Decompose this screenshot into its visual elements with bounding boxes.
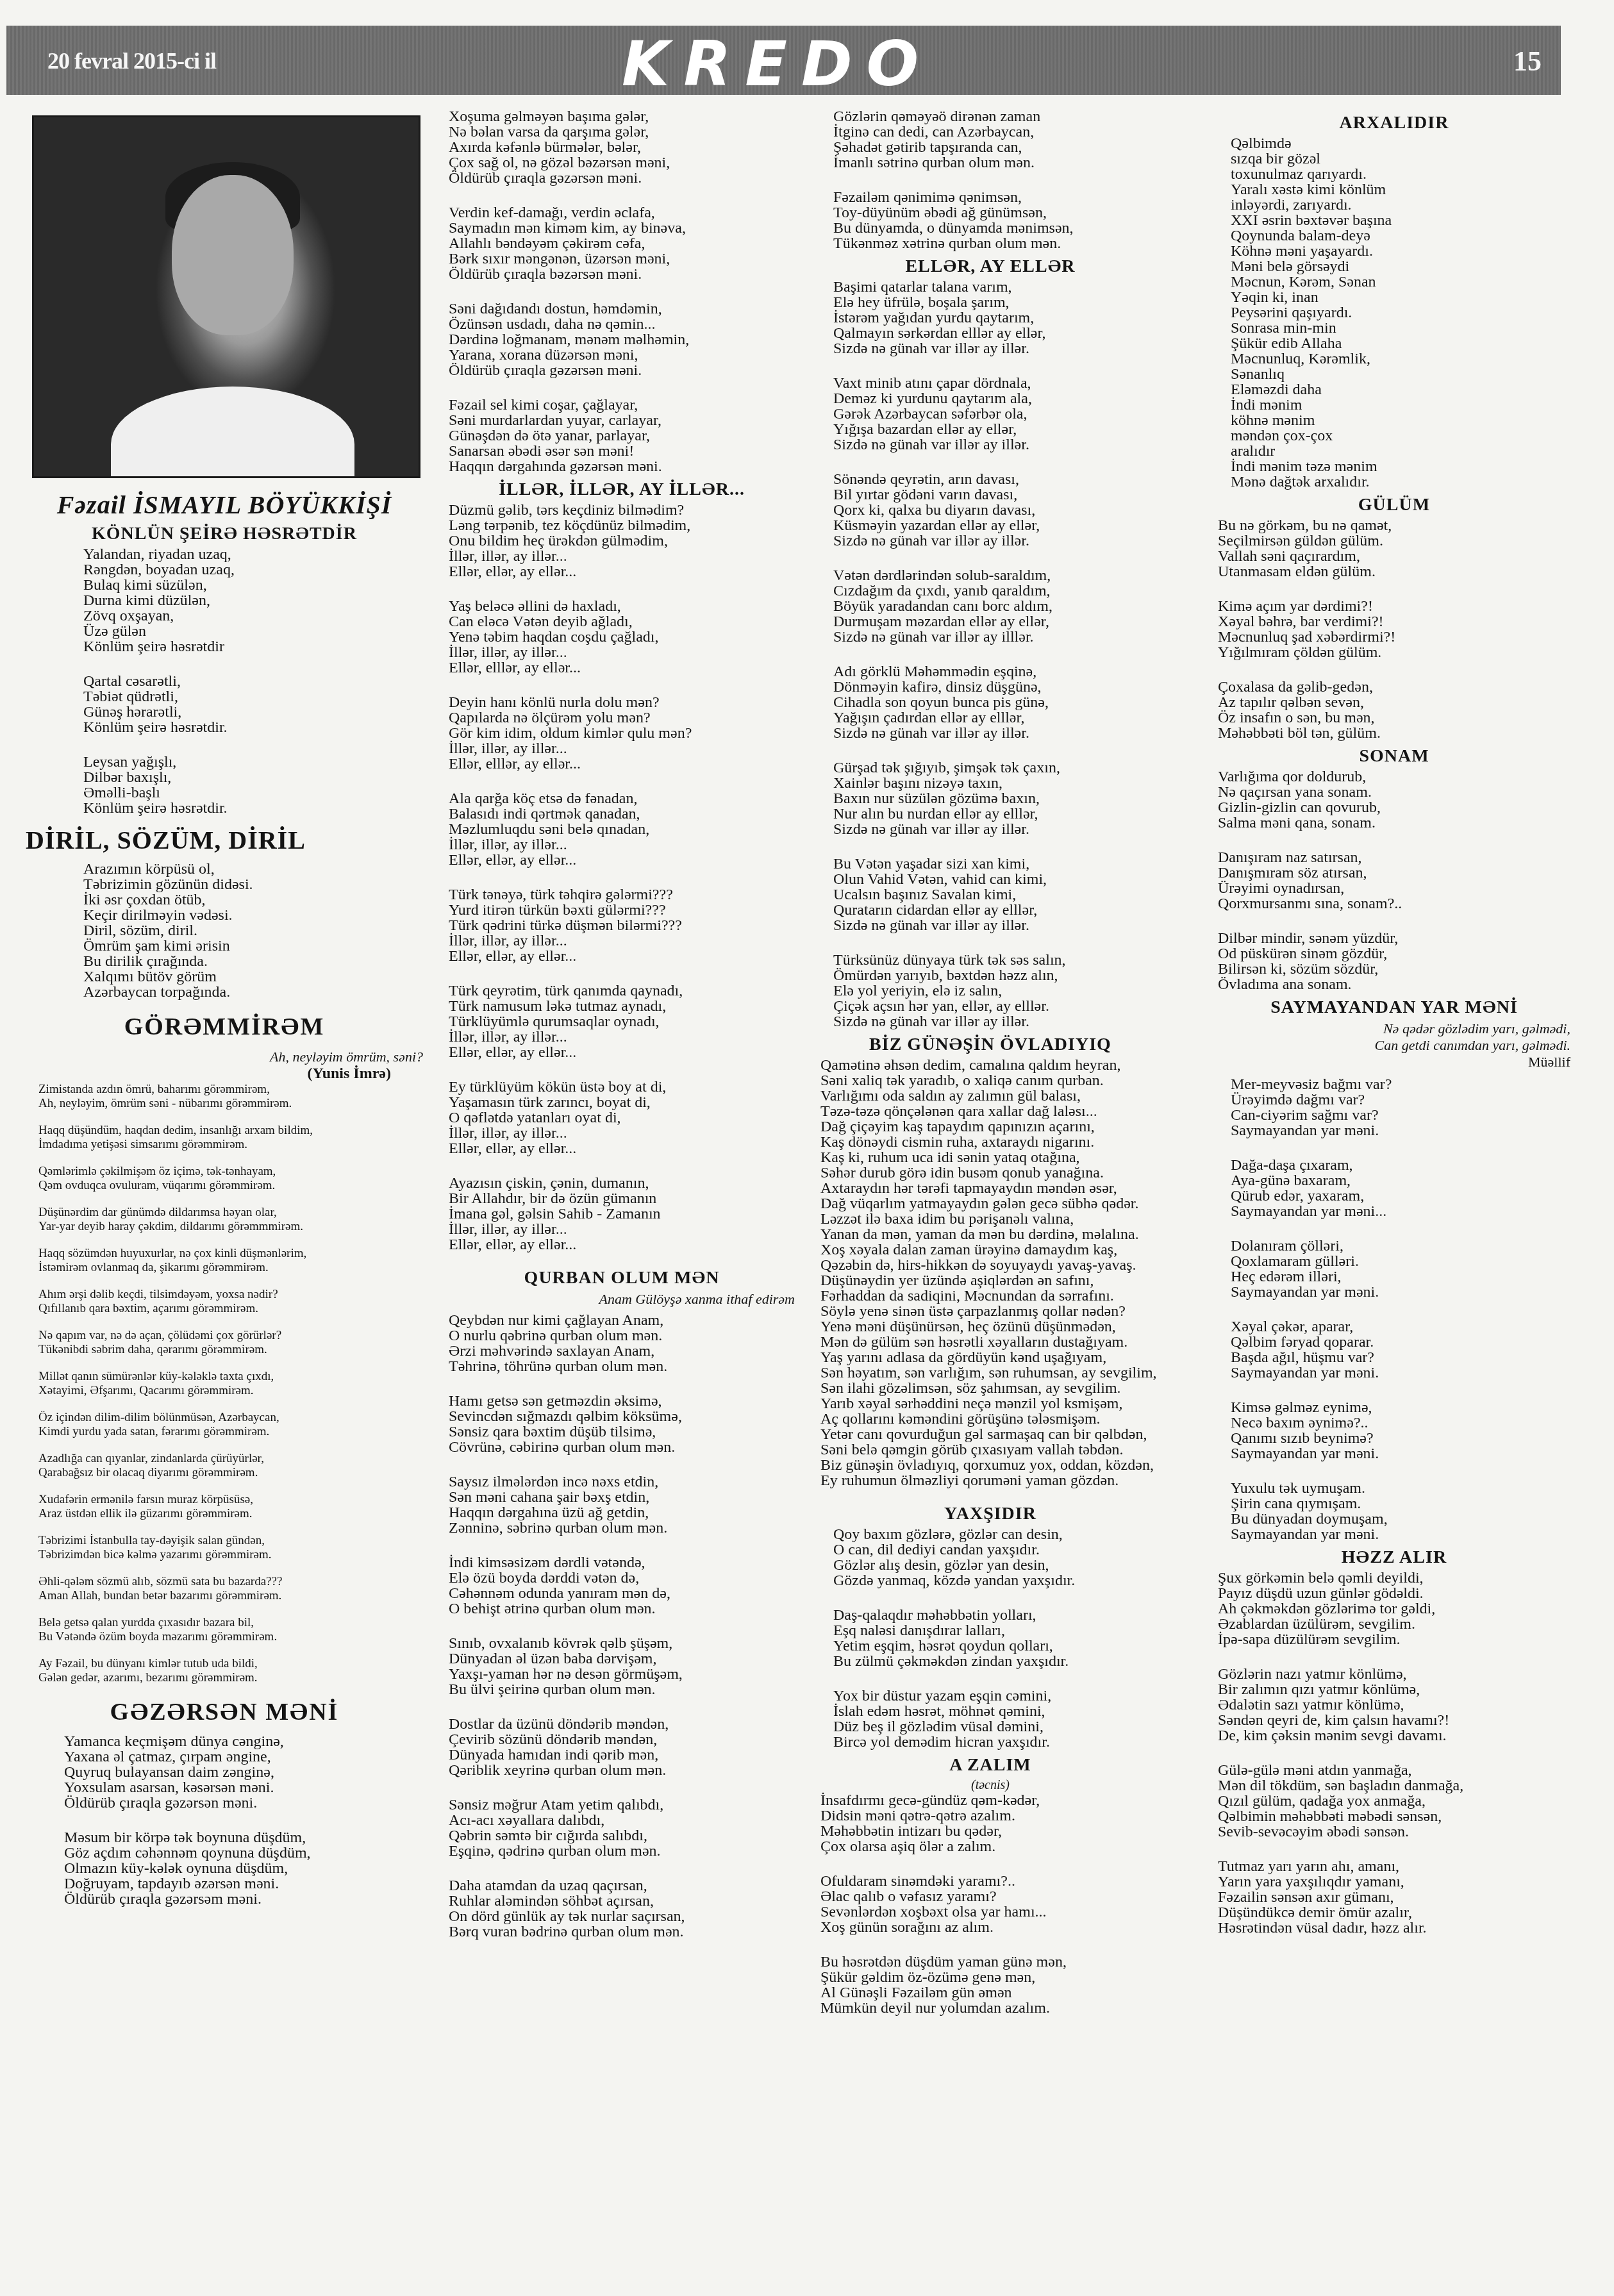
verse-line: Gözlər alış desin, gözlər yan desin, — [833, 1558, 1186, 1573]
verse-line: Sənanlıq — [1231, 367, 1596, 382]
verse-line: Yaxşı-yaman hər nə desən görmüşəm, — [449, 1667, 795, 1682]
verse-line: Xudafərin ermənilə farsın muraz körpüsüs… — [38, 1493, 423, 1507]
verse-line: Fəzail sel kimi coşar, çağlayar, — [449, 397, 795, 413]
poem-title: A ZALIM — [795, 1755, 1186, 1776]
verse-line: Ellər, ellər, ay ellər... — [449, 1045, 795, 1060]
column-4: ARXALIDIR Qəlbimdəsızqa bir gözəltoxunul… — [1192, 109, 1596, 1941]
verse-line: Həsrətindən vüsal dadır, həzz alır. — [1218, 1920, 1596, 1936]
stanza: Məsum bir körpə tək boynuna düşdüm,Göz a… — [64, 1830, 423, 1907]
stanza: Mer-meyvəsiz bağmı var?Ürəyimdə dağmı va… — [1231, 1077, 1596, 1138]
stanza: Bu Vətən yaşadar sizi xan kimi,Olun Vahi… — [833, 856, 1186, 933]
verse-line: Cızdağım da çıxdı, yanıb qaraldım, — [833, 583, 1186, 599]
verse-line: İllər, illər, ay illər... — [449, 645, 795, 660]
verse-line: Aç qollarını kəməndini görüşünə tələsmiş… — [820, 1411, 1186, 1427]
author-photo — [32, 115, 420, 478]
verse-line: Axtaraydın hər tərəfi tapmayaydın məndən… — [820, 1181, 1186, 1196]
verse-line: Qəriblik xeyrinə qurban olum mən. — [449, 1763, 795, 1778]
verse-line: Bir Allahdır, bir də özün gümanın — [449, 1191, 795, 1206]
author-name: Fəzail İSMAYIL BÖYÜKKİŞİ — [26, 490, 423, 520]
verse-line: Bu dünyamda, o dünyamda mənimsən, — [833, 220, 1186, 236]
verse-line: Nə bəlan varsa da qarşıma gələr, — [449, 124, 795, 140]
verse-line: Xoş günün sorağını az alım. — [820, 1920, 1186, 1935]
verse-line: Türksünüz dünyaya türk tək səs salın, — [833, 953, 1186, 968]
verse-line: Gözlərin nazı yatmır könlümə, — [1218, 1667, 1596, 1682]
verse-line: Bu Vətəndə özüm boyda məzarımı görəmmirə… — [38, 1630, 423, 1644]
verse-line: Saymayandan yar məni... — [1231, 1204, 1596, 1219]
verse-line: Təbrizimi İstanbulla tay-dəyişik salan g… — [38, 1534, 423, 1548]
verse-line: Yaralı xəstə kimi könlüm — [1231, 182, 1596, 197]
verse-line: Şəhadət gətirib tapşıranda can, — [833, 140, 1186, 155]
verse-line: Ömrüm şam kimi ərisin — [83, 938, 423, 954]
verse-line: Türklüyümlə qurumsaqlar oynadı, — [449, 1014, 795, 1029]
verse-line: Ah çəkməkdən gözlərimə tor gəldi, — [1218, 1601, 1596, 1617]
verse-line: Qəlbimin məhəbbəti məbədi sənsən, — [1218, 1809, 1596, 1824]
verse-line: Günəş hərarətli, — [83, 704, 423, 720]
poem-sonam: SONAM Varlığıma qor doldurub,Nə qaçırsan… — [1192, 746, 1596, 992]
verse-line: Doğruyam, tapdayıb əzərsən məni. — [64, 1876, 423, 1892]
verse-line: Dostlar da üzünü döndərib məndən, — [449, 1717, 795, 1732]
stanza: Qamətinə əhsən dedim, camalına qaldım he… — [820, 1058, 1186, 1488]
verse-line: Ərzi məhvərində saxlayan Anam, — [449, 1343, 795, 1359]
verse-line: Od püskürən sinəm gözdür, — [1218, 946, 1596, 961]
poem-saymayandan: SAYMAYANDAN YAR MƏNİ Nə qədər gözlədim y… — [1192, 997, 1596, 1542]
verse-line: Daha atamdan da uzaq qaçırsan, — [449, 1878, 795, 1893]
verse-line: Məzlumluqdu səni belə qınadan, — [449, 822, 795, 837]
stanza: Yox bir düstur yazam eşqin cəmini,İslah … — [833, 1688, 1186, 1750]
verse-line: Bu ülvi şeirinə qurban olum mən. — [449, 1682, 795, 1697]
verse-line: Eləməzdi daha — [1231, 382, 1596, 397]
stanza: Xoşuma gəlməyən başıma gələr,Nə bəlan va… — [449, 109, 795, 186]
verse-line: İmana gəl, gəlsin Sahib - Zamanın — [449, 1206, 795, 1222]
verse-line: Ellər, ellər, ay ellər... — [449, 564, 795, 579]
epigraph-line: Can getdi canımdan yarı, gəlmədi. — [1192, 1037, 1596, 1054]
stanza: İndi kimsəsizəm dərdli vətəndə,Elə özü b… — [449, 1555, 795, 1617]
verse-line: Sizdə nə günah var illər ay illər. — [833, 437, 1186, 453]
verse-line: Dilbər baxışlı, — [83, 770, 423, 785]
verse-line: məndən çox-çox — [1231, 428, 1596, 444]
verse-line: Xalqımı bütöv görüm — [83, 969, 423, 985]
verse-line: Sənsiz məğrur Atam yetim qalıbdı, — [449, 1797, 795, 1813]
verse-line: Öz içindən dilim-dilim bölünmüsən, Azərb… — [38, 1411, 423, 1425]
verse-line: Ellər, elllər, ay ellər... — [449, 660, 795, 676]
verse-line: Türk qeyrətim, türk qanımda qaynadı, — [449, 983, 795, 999]
verse-line: Arazımın körpüsü ol, — [83, 861, 423, 877]
verse-line: Sizdə nə günah var illər ay illər. — [833, 341, 1186, 356]
verse-line: Qəzəbin də, hirs-hikkən də soyuyaydı yav… — [820, 1258, 1186, 1273]
stanza: Qəlbimdəsızqa bir gözəltoxunulmaz qarıya… — [1231, 136, 1596, 490]
stanza: Düşünərdim dar günümdə dildarımsa həyan … — [38, 1206, 423, 1234]
verse-line: Yarıb xəyal sərhəddini neçə mənzil yol k… — [820, 1396, 1186, 1411]
verse-line: Özünsən usdadı, daha nə qəmin... — [449, 317, 795, 332]
stanza: Qartal cəsarətli,Təbiət qüdrətli,Günəş h… — [83, 674, 423, 735]
verse-line: İstəmirəm ovlanmaq da, şikarımı görəmmir… — [38, 1261, 423, 1275]
verse-line: İllər, illər, ay illər... — [449, 1126, 795, 1141]
verse-line: Şükür edib Allaha — [1231, 336, 1596, 351]
verse-line: İllər, illər, ay illər... — [449, 933, 795, 949]
verse-line: Al Günəşli Fəzailəm gün əmən — [820, 1985, 1186, 2001]
verse-line: Fəzailəm qənimimə qənimsən, — [833, 190, 1186, 205]
stanza: Ofuldaram sinəmdəki yaramı?..Əlac qalıb … — [820, 1874, 1186, 1935]
verse-line: Sevənlərdən xoşbəxt olsa yar hamı... — [820, 1904, 1186, 1920]
verse-line: İllər, illər, ay illər... — [449, 1029, 795, 1045]
verse-line: İllər, illər, ay illər... — [449, 741, 795, 756]
verse-line: De, kim çəksin mənim sevgi davamı. — [1218, 1728, 1596, 1743]
verse-line: Cövrünə, cəbirinə qurban olum mən. — [449, 1440, 795, 1455]
verse-line: Payız düşdü uzun günlər gödəldi. — [1218, 1586, 1596, 1601]
verse-line: Düz beş il gözlədim vüsal dəmini, — [833, 1719, 1186, 1734]
verse-line: Mən dil tökdüm, sən başladın danmağa, — [1218, 1778, 1596, 1793]
verse-line: İndi mənim təzə mənim — [1231, 459, 1596, 474]
verse-line: Yaxana əl çatmaz, çırpam əngine, — [64, 1749, 423, 1765]
stanza: Başimi qatarlar talana varım,Elə hey üfr… — [833, 279, 1186, 356]
stanza: Səni dağıdandı dostun, həmdəmin,Özünsən … — [449, 301, 795, 378]
stanza: Qəmlərimlə çəkilmişəm öz içimə, tək-tənh… — [38, 1165, 423, 1193]
verse-line: Azərbaycan torpağında. — [83, 985, 423, 1000]
verse-line: Göz açdım cəhənnəm qoynuna düşdüm, — [64, 1845, 423, 1861]
verse-line: Bil yırtar gödəni varın davası, — [833, 487, 1186, 503]
verse-line: İllər, illər, ay illər... — [449, 837, 795, 853]
verse-line: Gözdə yanmaq, közdə yandan yaxşıdır. — [833, 1573, 1186, 1588]
verse-line: Gürşad tək şığıyıb, şimşək tək çaxın, — [833, 760, 1186, 776]
verse-line: O nurlu qəbrinə qurban olum mən. — [449, 1328, 795, 1343]
verse-line: Saymayandan yar məni. — [1231, 1365, 1596, 1381]
verse-line: Ürəyimi oynadırsan, — [1218, 881, 1596, 896]
verse-line: Rəngdən, boyadan uzaq, — [83, 562, 423, 578]
verse-line: Üzə gülən — [83, 624, 423, 639]
verse-line: inləyərdi, zarıyardı. — [1231, 197, 1596, 213]
verse-line: Türk qədrini türkə düşmən bilərmi??? — [449, 918, 795, 933]
verse-line: Ey ruhumun ölməzliyi qoruməni yaman gözd… — [820, 1473, 1186, 1488]
verse-line: Sizdə nə günah var illər ay illər. — [833, 822, 1186, 837]
stanza: Danışıram naz satırsan,Danışmıram söz at… — [1218, 850, 1596, 911]
verse-line: Yanan da mən, yaman da mən bu dərdinə, m… — [820, 1227, 1186, 1242]
verse-line: Ellər, ellər, ay ellər... — [449, 1237, 795, 1252]
verse-line: Xoş xəyala dalan zaman ürəyinə damaydım … — [820, 1242, 1186, 1258]
stanza: Çoxalasa da gəlib-gedən,Az tapılır qəlbə… — [1218, 679, 1596, 741]
verse-line: Allahlı bəndəyəm çəkirəm cəfa, — [449, 236, 795, 251]
poem-diril: DİRİL, SÖZÜM, DİRİL Arazımın körpüsü ol,… — [26, 825, 423, 1000]
verse-line: Qoynunda balam-deyə — [1231, 228, 1596, 244]
poem-title: DİRİL, SÖZÜM, DİRİL — [26, 825, 423, 855]
stanza: Verdin kef-damağı, verdin əclafa,Saymadı… — [449, 205, 795, 282]
verse-line: Danışıram naz satırsan, — [1218, 850, 1596, 865]
verse-line: Deməz ki yurdunu qaytarım ala, — [833, 391, 1186, 406]
verse-line: Hamı getsə sən getməzdin əksimə, — [449, 1393, 795, 1409]
masthead: 20 fevral 2015-ci il KREDO 15 — [6, 26, 1561, 95]
poem-biz: BİZ GÜNƏŞİN ÖVLADIYIQ Qamətinə əhsən ded… — [795, 1035, 1186, 1488]
verse-line: Ellər, ellər, ay ellər... — [449, 949, 795, 964]
verse-line: Küsməyin yazardan ellər ay ellər, — [833, 518, 1186, 533]
verse-line: Cihadla son qoyun bunca pis günə, — [833, 695, 1186, 710]
verse-line: aralıdır — [1231, 444, 1596, 459]
verse-line: İmanlı sətrinə qurban olum mən. — [833, 155, 1186, 171]
stanza: Sınıb, ovxalanıb kövrək qəlb şüşəm,Dünya… — [449, 1636, 795, 1697]
poem-eller: ELLƏR, AY ELLƏR Başimi qatarlar talana v… — [795, 256, 1186, 1029]
stanza: Vətən dərdlərindən solub-saraldım,Cızdağ… — [833, 568, 1186, 645]
verse-line: İndi kimsəsizəm dərdli vətəndə, — [449, 1555, 795, 1570]
verse-line: Onu bildim heç ürəkdən gülmədim, — [449, 533, 795, 549]
poem-title: KÖNLÜN ŞEİRƏ HƏSRƏTDİR — [26, 524, 423, 544]
verse-line: Olun Vahid Vətən, vahid can kimi, — [833, 872, 1186, 887]
verse-line: Haqqın dərgahına üzü ağ getdin, — [449, 1505, 795, 1520]
stanza: Sönəndə qeyrətin, arın davası,Bil yırtar… — [833, 472, 1186, 549]
verse-line: Gülə-gülə məni atdın yanmağa, — [1218, 1763, 1596, 1778]
verse-line: Mümkün deyil nur yolumdan azalım. — [820, 2001, 1186, 2016]
verse-line: Şükür gəldim öz-özümə genə mən, — [820, 1970, 1186, 1985]
verse-line: Vətən dərdlərindən solub-saraldım, — [833, 568, 1186, 583]
verse-line: Dağa-daşa çıxaram, — [1231, 1158, 1596, 1173]
stanza: Ahım ərşi dəlib keçdi, tilsimdəyəm, yoxs… — [38, 1288, 423, 1316]
verse-line: Varlığıma qor doldurub, — [1218, 769, 1596, 785]
poem-konlun: KÖNLÜN ŞEİRƏ HƏSRƏTDİR Yalandan, riyadan… — [26, 524, 423, 816]
verse-line: İki əsr çoxdan ötüb, — [83, 892, 423, 908]
stanza: Kimsə gəlməz eynimə,Necə baxım əynimə?..… — [1231, 1400, 1596, 1461]
dedication: Anam Gülöyşə xanma ithaf edirəm — [449, 1291, 795, 1308]
verse-line: İstərəm yağıdan yurdu qaytarım, — [833, 310, 1186, 326]
verse-line: O can, dil dediyi candan yaxşıdır. — [833, 1542, 1186, 1558]
verse-line: Yuxulu tək uymuşam. — [1231, 1481, 1596, 1496]
verse-line: Məcnunluq şad xəbərdirmi?! — [1218, 629, 1596, 645]
verse-line: Bərq vuran bədrinə qurban olum mən. — [449, 1924, 795, 1940]
verse-line: Xəyal bəhrə, bar verdimi?! — [1218, 614, 1596, 629]
stanza: Yamanca keçmişəm dünya cənginə,Yaxana əl… — [64, 1734, 423, 1811]
verse-line: Gərək Azərbaycan səfərbər ola, — [833, 406, 1186, 422]
verse-line: Yarın yara yaxşılıqdır yamanı, — [1218, 1874, 1596, 1890]
verse-line: Məcnunluq, Kərəmlik, — [1231, 351, 1596, 367]
verse-line: Fərhaddan da sadiqini, Məcnundan da sərr… — [820, 1288, 1186, 1304]
verse-line: Əməlli-başlı — [83, 785, 423, 801]
verse-line: Söylə yenə sinən üstə çarpazlanmış qolla… — [820, 1304, 1186, 1319]
verse-line: Biz günəşin övladıyıq, qorxumuz yox, odd… — [820, 1458, 1186, 1473]
verse-line: sızqa bir gözəl — [1231, 151, 1596, 167]
verse-line: İmdadıma yetişəsi simsarımı görəmmirəm. — [38, 1138, 423, 1152]
verse-line: Yağışın çadırdan ellər ay elllər, — [833, 710, 1186, 726]
verse-line: On dörd günlük ay tək nurlar saçırsan, — [449, 1909, 795, 1924]
verse-line: Balasıdı indi qərtmək qanadan, — [449, 806, 795, 822]
verse-line: Danışmıram söz atırsan, — [1218, 865, 1596, 881]
verse-line: Qapılarda nə ölçürəm yolu mən? — [449, 710, 795, 726]
verse-line: Varlığımı oda saldın ay zalımın gül bala… — [820, 1088, 1186, 1104]
verse-line: Könlüm şeirə həsrətdir — [83, 639, 423, 654]
stanza: İnsafdırmı gecə-gündüz qəm-kədər,Didsin … — [820, 1793, 1186, 1854]
verse-line: Köhnə məni yaşayardı. — [1231, 244, 1596, 259]
verse-line: Yetim eşqim, həsrət qoydun qolları, — [833, 1638, 1186, 1654]
verse-line: Millət qanın sümürənlər küy-kələklə taxt… — [38, 1370, 423, 1384]
stanza: Qeybdən nur kimi çağlayan Anam,O nurlu q… — [449, 1313, 795, 1374]
verse-line: Dağ çiçəyim kaş tapaydım qapınızın açarı… — [820, 1119, 1186, 1135]
verse-line: Qeybdən nur kimi çağlayan Anam, — [449, 1313, 795, 1328]
stanza: Yalandan, riyadan uzaq,Rəngdən, boyadan … — [83, 547, 423, 654]
verse-line: Nə qapım var, nə də açan, çölüdəmi çox g… — [38, 1329, 423, 1343]
verse-line: Deyin hanı könlü nurla dolu mən? — [449, 695, 795, 710]
epigraph: Ah, neyləyim ömrüm, səni? — [26, 1049, 423, 1065]
verse-line: Verdin kef-damağı, verdin əclafa, — [449, 205, 795, 220]
verse-line: Zənninə, səbrinə qurban olum mən. — [449, 1520, 795, 1536]
verse-line: Öldürüb çıraqla gəzərsən məni. — [64, 1795, 423, 1811]
verse-line: Könlüm şeirə həsrətdir. — [83, 720, 423, 735]
verse-line: Könlüm şeirə həsrətdir. — [83, 801, 423, 816]
poem-qurban: QURBAN OLUM MƏN Anam Gülöyşə xanma ithaf… — [449, 1268, 795, 1940]
verse-line: Saysız ilmələrdən incə nəxs etdin, — [449, 1474, 795, 1490]
stanza: Saysız ilmələrdən incə nəxs etdin,Sən mə… — [449, 1474, 795, 1536]
verse-line: Tükənibdi səbrim daha, qərarımı görəmmir… — [38, 1343, 423, 1357]
verse-line: Diril, sözüm, diril. — [83, 923, 423, 938]
verse-line: Didsin məni qətrə-qətrə azalım. — [820, 1808, 1186, 1824]
stanza: Ayazısın çiskin, çənin, dumanın,Bir Alla… — [449, 1176, 795, 1252]
verse-line: Sevincdən sığmazdı qəlbim köksümə, — [449, 1409, 795, 1424]
poem-title: HƏZZ ALIR — [1192, 1547, 1596, 1568]
verse-line: Eşqinə, qədrinə qurban olum mən. — [449, 1843, 795, 1859]
verse-line: Qəmlərimlə çəkilmişəm öz içimə, tək-tənh… — [38, 1165, 423, 1179]
verse-line: Bulaq kimi süzülən, — [83, 578, 423, 593]
poem-zalim: A ZALIM (təcnis) İnsafdırmı gecə-gündüz … — [795, 1755, 1186, 2016]
poem-title: GÖRƏMMİRƏM — [26, 1013, 423, 1041]
verse-line: Eşq naləsi danışdırar lalları, — [833, 1623, 1186, 1638]
verse-line: Ahım ərşi dəlib keçdi, tilsimdəyəm, yoxs… — [38, 1288, 423, 1302]
verse-line: Məhəbbəti böl tən, gülüm. — [1218, 726, 1596, 741]
stanza: Haqq düşündüm, haqdan dedim, insanlığı a… — [38, 1124, 423, 1152]
verse-line: Yaş yarını adlasa da gördüyün kənd uşağı… — [820, 1350, 1186, 1365]
verse-line: Düşünərdim dar günümdə dildarımsa həyan … — [38, 1206, 423, 1220]
verse-line: Qoxlamaram gülləri. — [1231, 1254, 1596, 1269]
poem-iller: İLLƏR, İLLƏR, AY İLLƏR... Düzmü gəlib, t… — [449, 479, 795, 1252]
stanza: Deyin hanı könlü nurla dolu mən?Qapılard… — [449, 695, 795, 772]
verse-line: Ruhlar aləmindən söhbət açırsan, — [449, 1893, 795, 1909]
verse-line: Gələn gedər, azarımı, bezarımı görəmmirə… — [38, 1671, 423, 1685]
verse-line: Adı görklü Məhəmmədin eşqinə, — [833, 664, 1186, 679]
stanza: Düzmü gəlib, tərs keçdiniz bilmədim?Ləng… — [449, 503, 795, 579]
stanza: Türk tənəyə, türk təhqirə gələrmi???Yurd… — [449, 887, 795, 964]
verse-line: Utanmasam eldən gülüm. — [1218, 564, 1596, 579]
verse-line: Salma məni qana, sonam. — [1218, 815, 1596, 831]
issue-date: 20 fevral 2015-ci il — [47, 47, 216, 74]
verse-line: Saymadın mən kiməm kim, ay binəva, — [449, 220, 795, 236]
verse-line: O behişt ətrinə qurban olum mən. — [449, 1601, 795, 1617]
verse-line: Dönməyin kafirə, dinsiz düşgünə, — [833, 679, 1186, 695]
verse-line: Nur alın bu nurdan ellər ay elllər, — [833, 806, 1186, 822]
verse-line: Övladıma ana sonam. — [1218, 977, 1596, 992]
verse-line: İslah edəm həsrət, möhnət qəmini, — [833, 1704, 1186, 1719]
verse-line: Təbiət qüdrətli, — [83, 689, 423, 704]
verse-line: Durna kimi düzülən, — [83, 593, 423, 608]
verse-line: Ayazısın çiskin, çənin, dumanın, — [449, 1176, 795, 1191]
stanza: Haqq sözümdən huyuxurlar, nə çox kinli d… — [38, 1247, 423, 1275]
verse-line: Mer-meyvəsiz bağmı var? — [1231, 1077, 1596, 1092]
verse-line: Dərdinə loğmanam, mənəm məlhəmin, — [449, 332, 795, 347]
verse-line: Yarana, xorana düzərsən məni, — [449, 347, 795, 363]
stanza: Fəzailəm qənimimə qənimsən,Toy-düyünüm ə… — [833, 190, 1186, 251]
verse-line: Yamanca keçmişəm dünya cənginə, — [64, 1734, 423, 1749]
verse-line: Öldürüb çıraqla gəzərsən məni. — [449, 363, 795, 378]
poem-gezersen: GƏZƏRSƏN MƏNİ Yamanca keçmişəm dünya cən… — [26, 1698, 423, 1907]
stanza: Hamı getsə sən getməzdin əksimə,Sevincdə… — [449, 1393, 795, 1455]
column-3: Gözlərin qəməyəö dirənən zamanİtginə can… — [795, 109, 1186, 2021]
verse-line: Vaxt minib atını çapar dördnala, — [833, 376, 1186, 391]
verse-line: Cəhənnəm odunda yanıram mən də, — [449, 1586, 795, 1601]
verse-line: Peysərini qaşıyardı. — [1231, 305, 1596, 320]
newspaper-title: KREDO — [622, 28, 933, 100]
verse-line: Çevirib sözünü döndərib məndən, — [449, 1732, 795, 1747]
stanza: Bu həsrətdən düşdüm yaman günə mən,Şükür… — [820, 1954, 1186, 2016]
epigraph-source: Müəllif — [1192, 1054, 1596, 1070]
verse-line: Dağ vüqarlım yatmayaydın gələn gecə sübh… — [820, 1196, 1186, 1211]
verse-line: Yaş beləcə əllini də haxladı, — [449, 599, 795, 614]
verse-line: Olmazın küy-kələk oynuna düşdüm, — [64, 1861, 423, 1876]
stanza: Azadlığa can qıyanlar, zindanlarda çürüy… — [38, 1452, 423, 1480]
verse-line: Qamətinə əhsən dedim, camalına qaldım he… — [820, 1058, 1186, 1073]
verse-line: Səhər durub görə idin busəm qonub yanağı… — [820, 1165, 1186, 1181]
verse-line: Təbrizimin gözünün didəsi. — [83, 877, 423, 892]
verse-line: Əlac qalıb o vəfasız yaramı? — [820, 1889, 1186, 1904]
verse-line: Yenə məni düşünürsən, heç özünü düşünməd… — [820, 1319, 1186, 1335]
stanza: Qoy baxım gözlərə, gözlər can desin,O ca… — [833, 1527, 1186, 1588]
column-1: Fəzail İSMAYIL BÖYÜKKİŞİ KÖNLÜN ŞEİRƏ HƏ… — [26, 109, 423, 1912]
stanza: Öz içindən dilim-dilim bölünmüsən, Azərb… — [38, 1411, 423, 1439]
stanza: Dolanıram çölləri,Qoxlamaram gülləri.Heç… — [1231, 1238, 1596, 1300]
verse-line: Aman Allah, bundan betər bazarımı görəmm… — [38, 1589, 423, 1603]
stanza: Arazımın körpüsü ol,Təbrizimin gözünün d… — [83, 861, 423, 1000]
poem-title: SONAM — [1192, 746, 1596, 767]
verse-line: Təzə-təzə qönçələnən qara xallar dağ lal… — [820, 1104, 1186, 1119]
verse-line: Qıfıllanıb qara bəxtim, açarımı görəmmir… — [38, 1302, 423, 1316]
verse-line: Qəbrin səmtə bir cığırda salıbdı, — [449, 1828, 795, 1843]
poem-title: ARXALIDIR — [1192, 113, 1596, 133]
verse-line: Saymayandan yar məni. — [1231, 1123, 1596, 1138]
verse-line: Qartal cəsarətli, — [83, 674, 423, 689]
stanza: Dostlar da üzünü döndərib məndən,Çevirib… — [449, 1717, 795, 1778]
stanza: Xudafərin ermənilə farsın muraz körpüsüs… — [38, 1493, 423, 1521]
verse-line: Belə getsə qalan yurdda çıxasıdır bazara… — [38, 1616, 423, 1630]
verse-line: Leysan yağışlı, — [83, 754, 423, 770]
verse-line: Axırda kəfənlə bürmələr, bələr, — [449, 140, 795, 155]
verse-line: Yoxsulam asarsan, kəsərsən məni. — [64, 1780, 423, 1795]
verse-line: Səni belə qəmgin görüb çıxasıyam vallah … — [820, 1442, 1186, 1458]
verse-line: Ellər, elllər, ay ellər... — [449, 756, 795, 772]
verse-line: Zövq oxşayan, — [83, 608, 423, 624]
verse-line: toxunulmaz qarıyardı. — [1231, 167, 1596, 182]
verse-line: Yığışa bazardan ellər ay ellər, — [833, 422, 1186, 437]
verse-line: Haqqın dərgahında gəzərsən məni. — [449, 459, 795, 474]
verse-line: Şirin cana qıymışam. — [1231, 1496, 1596, 1511]
verse-line: Bircə yol demədim hicran yaxşıdır. — [833, 1734, 1186, 1750]
stanza: Varlığıma qor doldurub,Nə qaçırsan yana … — [1218, 769, 1596, 831]
poem-title: BİZ GÜNƏŞİN ÖVLADIYIQ — [795, 1035, 1186, 1055]
stanza: Bu nə görkəm, bu nə qamət,Seçilmirsən gü… — [1218, 518, 1596, 579]
verse-line: Düzmü gəlib, tərs keçdiniz bilmədim? — [449, 503, 795, 518]
verse-line: Yalandan, riyadan uzaq, — [83, 547, 423, 562]
poem-title: SAYMAYANDAN YAR MƏNİ — [1192, 997, 1596, 1018]
verse-line: Düşündükcə demir ömür azalır, — [1218, 1905, 1596, 1920]
verse-line: Ürəyimdə dağmı var? — [1231, 1092, 1596, 1108]
verse-line: Yar-yar deyib haray çəkdim, dildarımı gö… — [38, 1220, 423, 1234]
verse-line: Haqq düşündüm, haqdan dedim, insanlığı a… — [38, 1124, 423, 1138]
verse-line: Məsum bir körpə tək boynuna düşdüm, — [64, 1830, 423, 1845]
poem-arxalidir: ARXALIDIR Qəlbimdəsızqa bir gözəltoxunul… — [1192, 113, 1596, 490]
stanza: Əhli-qələm sözmü alıb, sözmü sata bu baz… — [38, 1575, 423, 1603]
verse-line: Yox bir düstur yazam eşqin cəmini, — [833, 1688, 1186, 1704]
verse-line: Qorxmursanmı sına, sonam?.. — [1218, 896, 1596, 911]
poem-title: QURBAN OLUM MƏN — [449, 1268, 795, 1288]
verse-line: Acı-acı xəyallara dalıbdı, — [449, 1813, 795, 1828]
verse-line: Gizlin-gizlin can qovurub, — [1218, 800, 1596, 815]
verse-line: Bu nə görkəm, bu nə qamət, — [1218, 518, 1596, 533]
verse-line: Çox olarsa aşiq ölər a zalım. — [820, 1839, 1186, 1854]
stanza: Türksünüz dünyaya türk tək səs salın,Ömü… — [833, 953, 1186, 1029]
verse-line: Ömürdən yarıyıb, bəxtdən həzz alın, — [833, 968, 1186, 983]
stanza: Yuxulu tək uymuşam.Şirin cana qıymışam.B… — [1231, 1481, 1596, 1542]
verse-line: Yəqin ki, inan — [1231, 290, 1596, 305]
verse-line: Yurd itirən türkün bəxti gülərmi??? — [449, 903, 795, 918]
